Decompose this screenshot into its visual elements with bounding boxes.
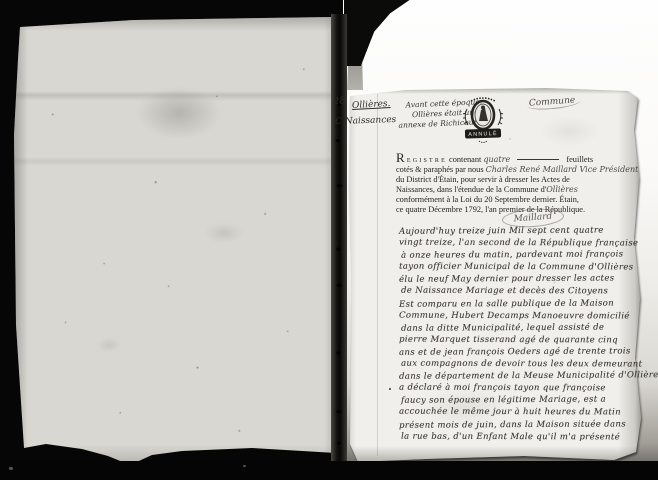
act-line: dans la ditte Municipalité, lequel assis… xyxy=(401,321,637,335)
dust-speck xyxy=(9,467,13,470)
margin-crease-line xyxy=(377,94,378,456)
registre-word: Registre xyxy=(396,153,447,165)
act-line: de Naissance Mariage et decès des Citoye… xyxy=(401,285,637,298)
register-scan: 28 Ollières. C Naissances Avant cette ép… xyxy=(0,0,658,480)
folio-number: 28 xyxy=(332,95,346,107)
filler-line xyxy=(517,159,559,160)
republican-seal-icon: ANNULÉ xyxy=(461,95,505,147)
printed-line-1: Registre contenant quatre feuillets xyxy=(396,153,644,165)
printed-text: contenant xyxy=(449,155,481,164)
ink-dot xyxy=(389,388,391,390)
printed-line-5: conformément à la Loi du 20 Septembre de… xyxy=(396,195,644,205)
scan-bottom-band xyxy=(0,461,658,480)
printed-text: cotés & paraphés par nous xyxy=(396,165,484,174)
place-annotation: Ollières. xyxy=(352,99,391,111)
act-line: Commune, Hubert Decamps Manoeuvre domici… xyxy=(399,309,637,322)
series-annotation: C Naissances xyxy=(335,115,397,127)
left-blank-page xyxy=(14,15,336,467)
act-line: présent mois de juin, dans la Maison sit… xyxy=(399,418,637,432)
handwritten-fill: Ollières xyxy=(546,185,578,194)
printed-text: feuillets xyxy=(566,155,593,164)
act-line: accouchée le même jour à huit heures du … xyxy=(399,406,637,419)
handwritten-fill: quatre xyxy=(483,155,510,164)
printed-text: du District d'Étain, pour servir à dress… xyxy=(396,175,570,184)
annule-stamp: ANNULÉ xyxy=(461,95,505,147)
act-line: pierre Marquet tisserand agé de quarante… xyxy=(399,333,637,346)
dust-speck xyxy=(243,465,246,467)
printed-register-heading: Registre contenant quatre feuillets coté… xyxy=(396,153,644,214)
printed-line-4: Naissances, dans l'étendue de la Commune… xyxy=(396,185,644,195)
birth-act-text: Aujourd'huy treize juin Mil sept cent qu… xyxy=(399,225,637,443)
stamp-banner-text: ANNULÉ xyxy=(468,130,498,138)
printed-line-2: cotés & paraphés par nous Charles René M… xyxy=(396,165,644,175)
printed-text: conformément à la Loi du 20 Septembre de… xyxy=(396,195,579,204)
act-line: Est comparu en la salle publique de la M… xyxy=(399,297,637,311)
printed-line-3: du District d'Étain, pour servir à dress… xyxy=(396,175,644,185)
act-line: la rue bas, d'un Enfant Male qu'il m'a p… xyxy=(401,430,637,443)
printed-text: Naissances, dans l'étendue de la Commune… xyxy=(396,185,546,194)
book-spine-stitching xyxy=(331,14,347,466)
handwritten-fill: Charles René Maillard Vice Président xyxy=(486,165,639,174)
